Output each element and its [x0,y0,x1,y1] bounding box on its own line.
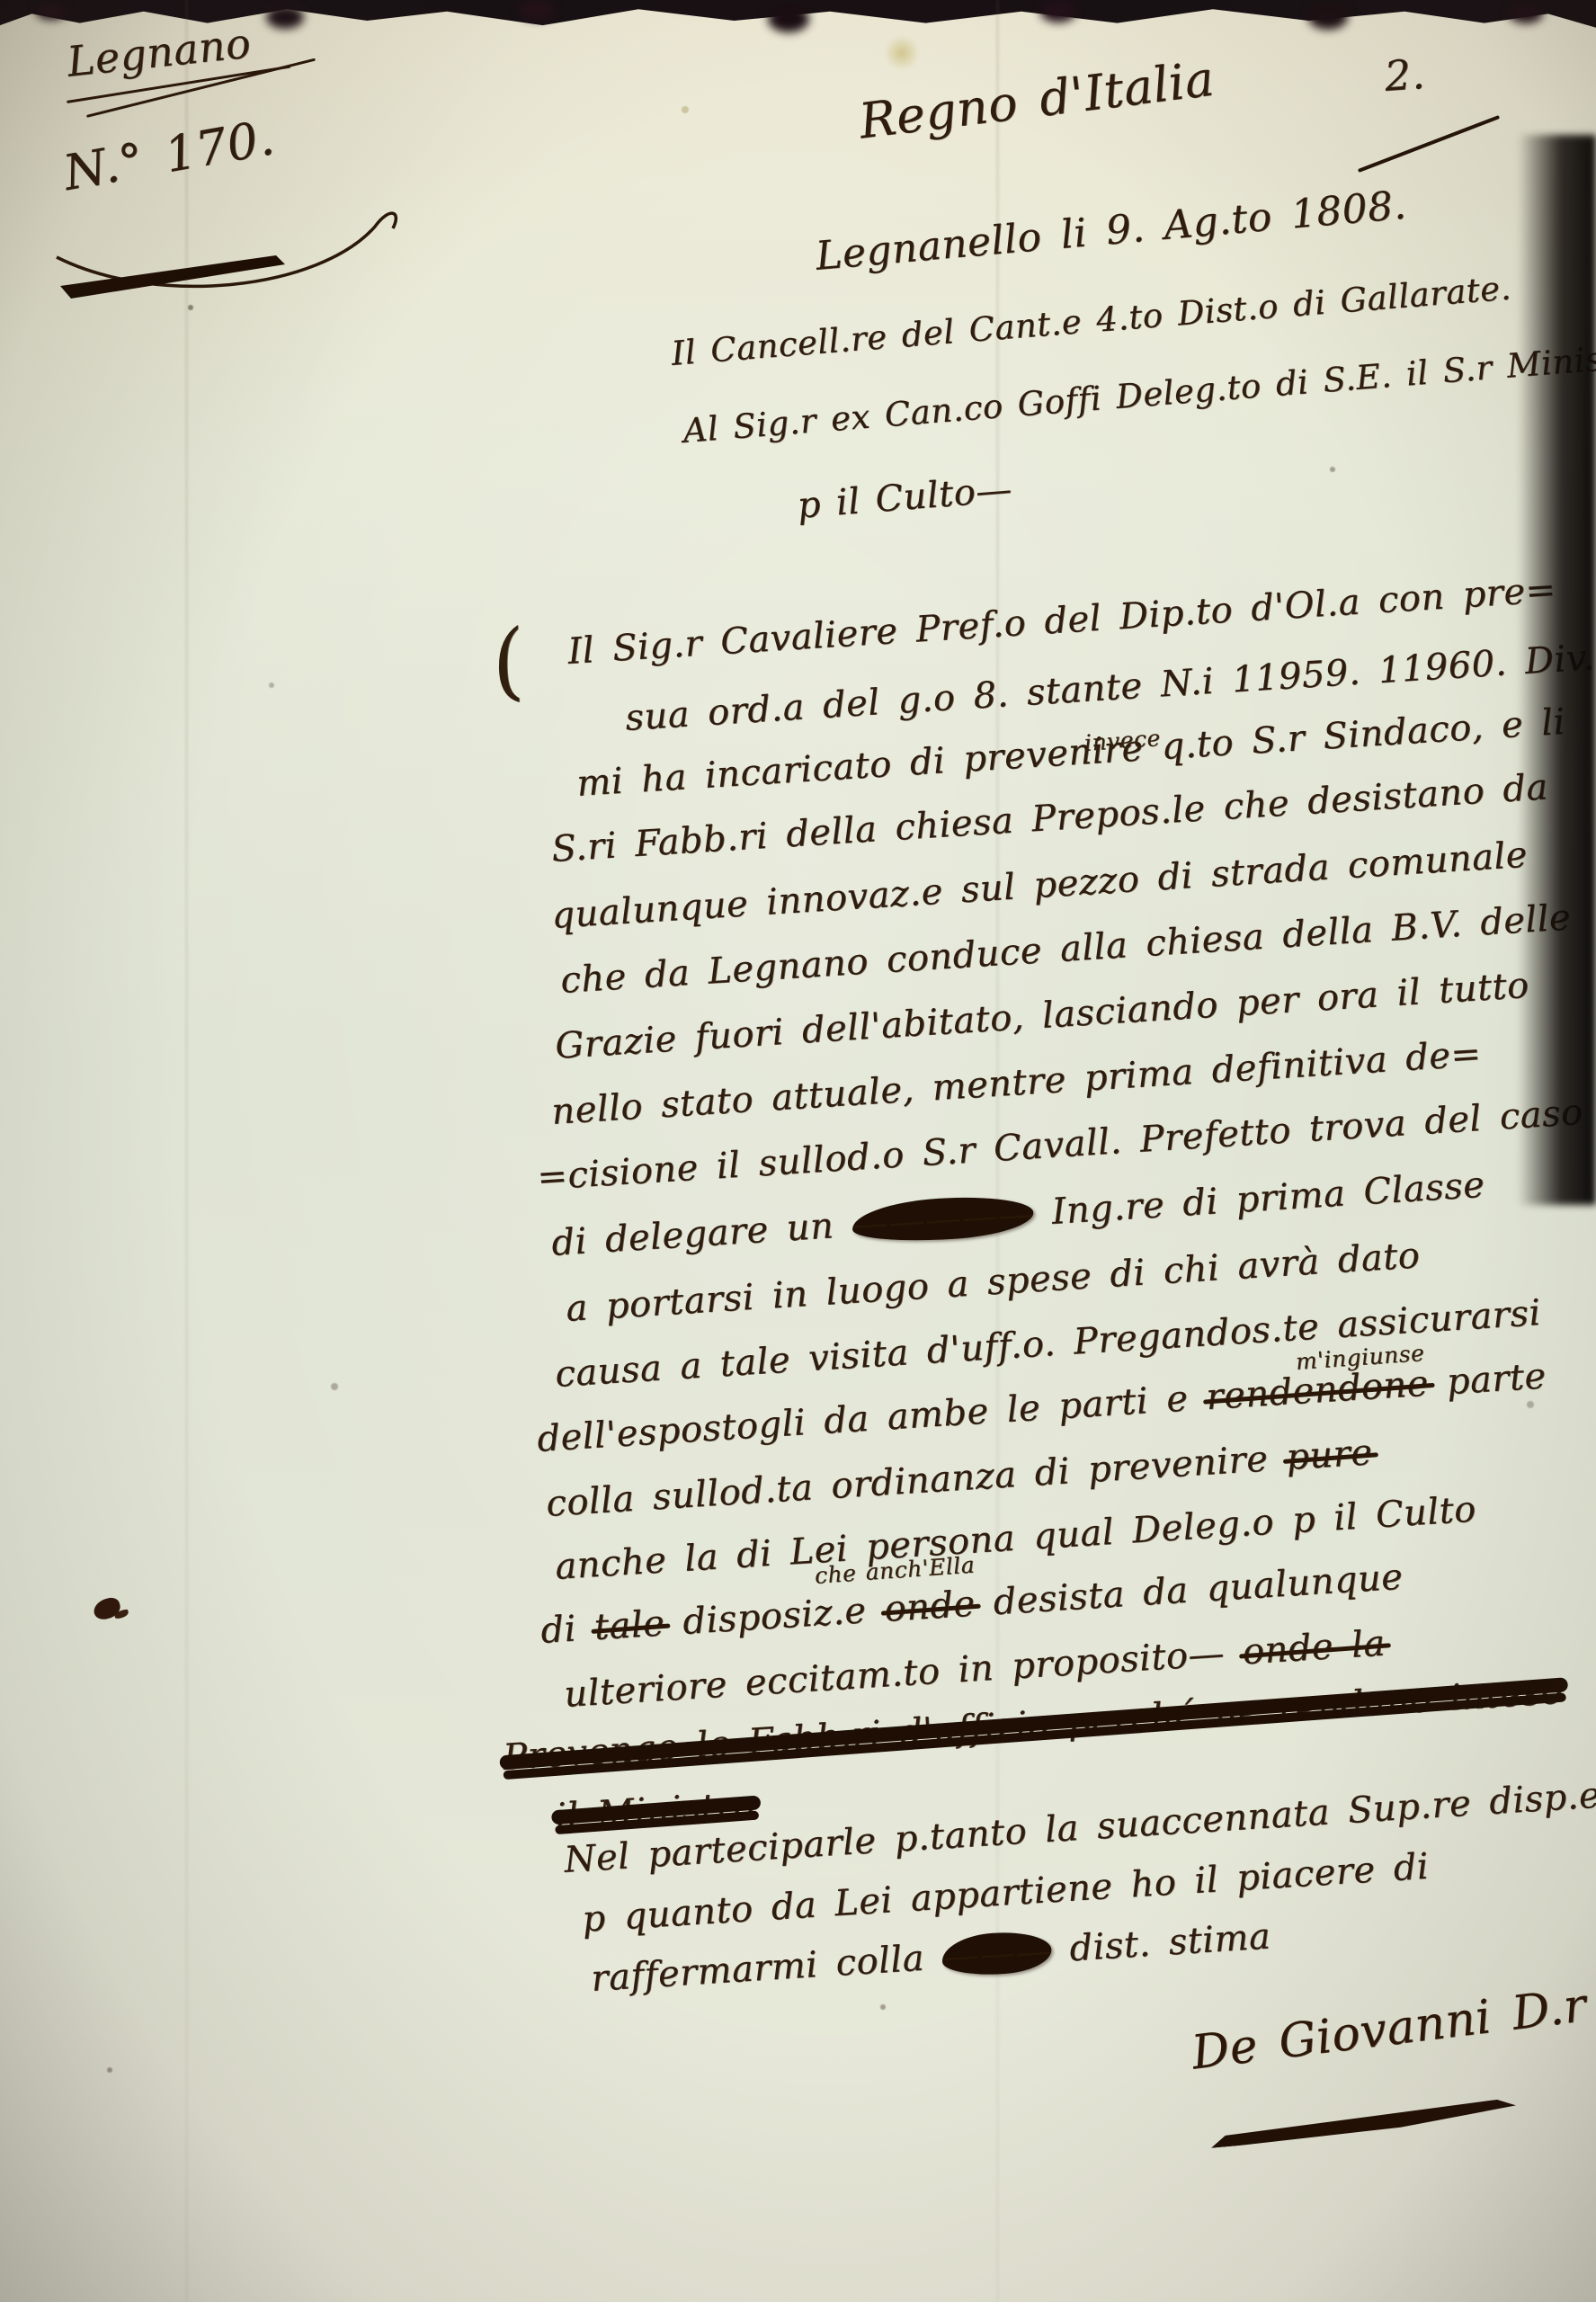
paper-specks [0,0,4,4]
insertion-note: invece [1083,725,1162,756]
obliterated-word: ——— [941,1930,1053,1978]
struck-word: pure [1285,1432,1374,1478]
struck-word: onde [883,1584,976,1630]
paper-edge-shadow [1518,135,1596,1205]
struck-word: tale [593,1602,666,1648]
page-number: 2. [1383,49,1427,101]
handwriting-segment: parte [1427,1355,1547,1404]
torn-edge-blotches [36,4,67,20]
fold-crease [185,0,188,2302]
protocol-flourish [49,171,436,315]
handwriting-segment: di [539,1607,595,1652]
stain [886,34,918,72]
document-photo: Legnano N.° 170. 2. Regno d'Italia Legna… [0,0,1596,2302]
